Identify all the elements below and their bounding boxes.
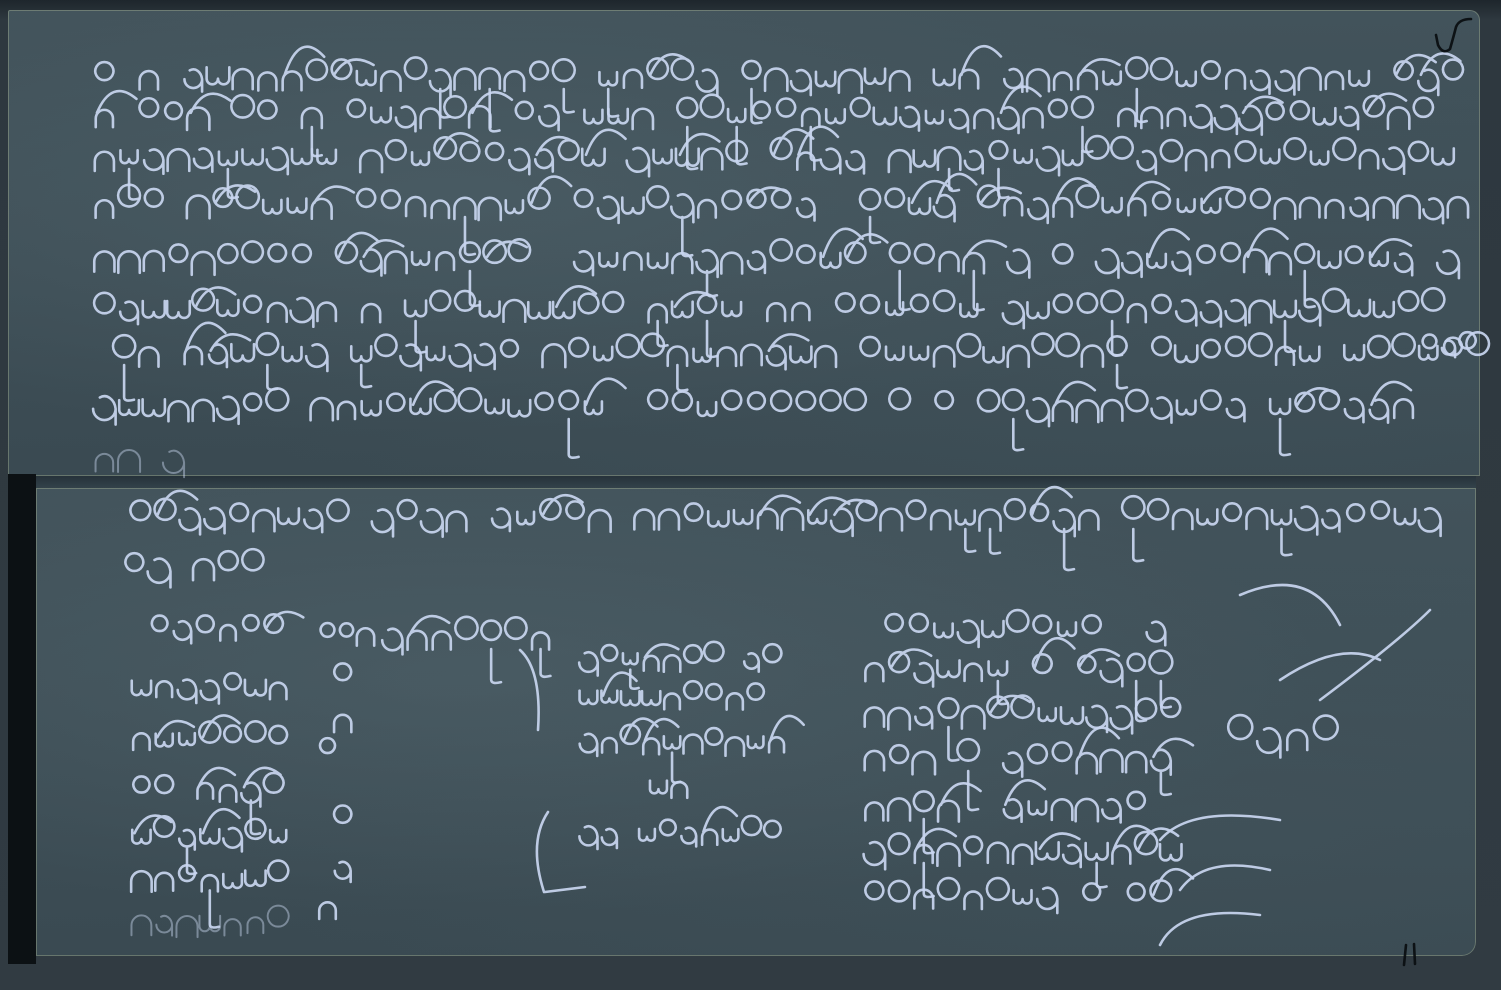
manuscript-upper-fold [8, 10, 1480, 476]
manuscript-lower-fold [36, 488, 1476, 956]
fold-crease [36, 476, 1476, 488]
fold-shadow [8, 474, 36, 964]
